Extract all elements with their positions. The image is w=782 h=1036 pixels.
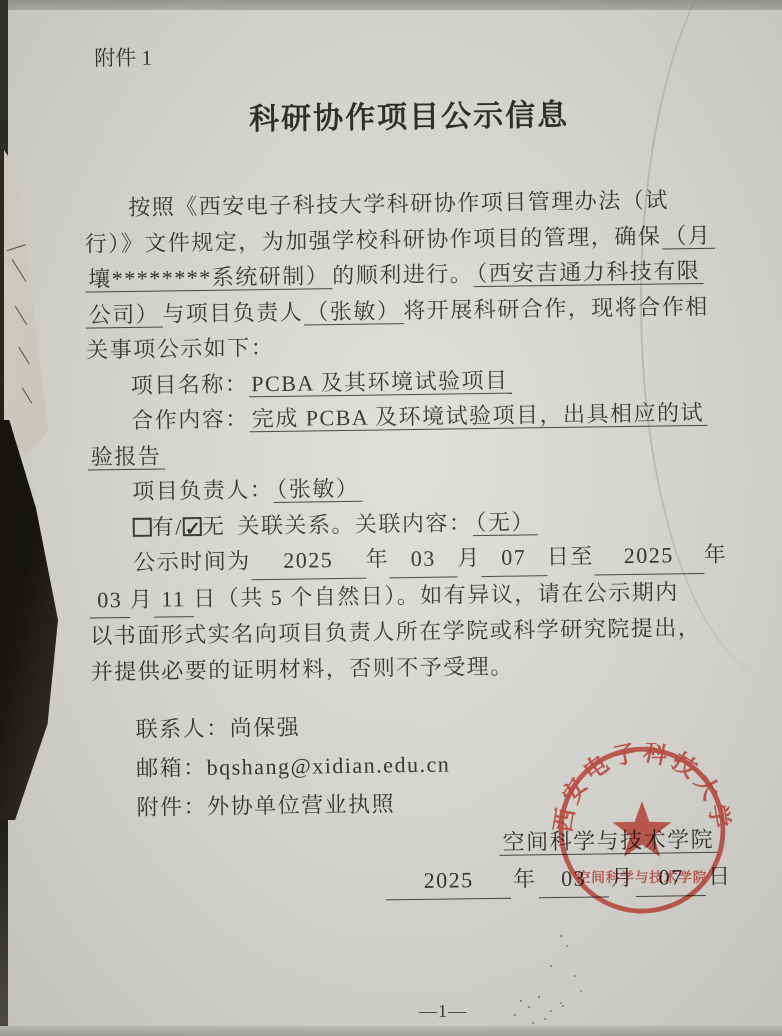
underlined-text: 壤********系统研制） xyxy=(85,263,332,292)
background-bottom-edge xyxy=(0,1026,782,1036)
document-photo: 附件 1 科研协作项目公示信息 按照《西安电子科技大学科研协作项目管理办法（试 … xyxy=(0,0,782,1036)
underlined-text: （张敏） xyxy=(303,298,403,325)
paper-speckles xyxy=(560,935,562,937)
field-value: 完成 PCBA 及环境试验项目，出具相应的试 xyxy=(249,400,708,432)
official-seal: 西安电子科技大学 空间科学与技术学院 xyxy=(541,743,743,919)
date-blank: 03 xyxy=(90,581,131,618)
year-label: 年 xyxy=(511,866,539,891)
date-blank: 07 xyxy=(481,539,548,576)
document-title: 科研协作项目公示信息 xyxy=(83,87,736,140)
field-value: （张敏） xyxy=(273,476,362,503)
underlined-text: 公司） xyxy=(86,301,163,328)
date-blank: 03 xyxy=(389,540,458,577)
date-blank: 11 xyxy=(153,581,194,618)
checkbox-checked: ✓ xyxy=(183,516,202,535)
page-number: —1— xyxy=(398,1001,488,1022)
field-value: 验报告 xyxy=(88,443,165,470)
date-blank: 2025 xyxy=(251,542,366,580)
underlined-text: （月 xyxy=(661,222,714,249)
checkbox-unchecked xyxy=(133,517,152,536)
check-icon: ✓ xyxy=(185,511,203,547)
background-top-edge xyxy=(0,0,782,10)
field-label: 项目负责人： xyxy=(132,477,273,504)
date-blank: 2025 xyxy=(386,861,512,901)
field-label: 项目名称： xyxy=(131,371,249,398)
underlined-text: （西安吉通力科技有限 xyxy=(473,258,703,287)
seal-bottom-text: 空间科学与技术学院 xyxy=(577,869,708,885)
star-icon xyxy=(613,801,672,857)
field-value: PCBA 及其环境试验项目 xyxy=(248,367,512,397)
date-blank: 2025 xyxy=(594,537,704,575)
field-value: （无） xyxy=(472,509,538,536)
field-label: 合作内容： xyxy=(131,406,249,433)
paper-speckles xyxy=(520,1000,522,1002)
